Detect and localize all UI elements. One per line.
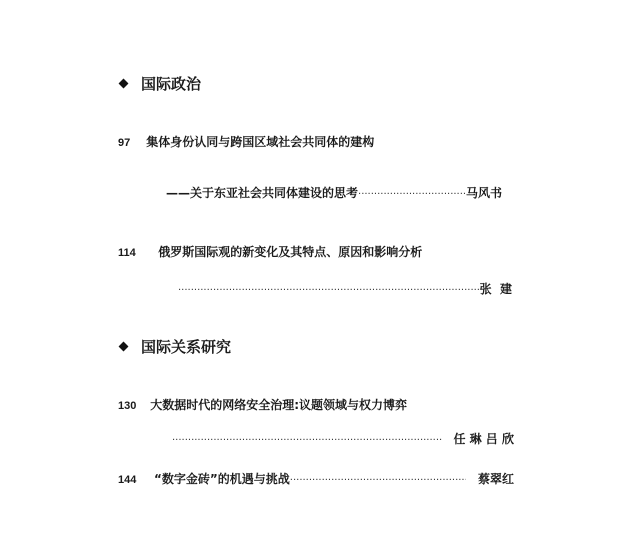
entry-author: 任 琳 吕 欣: [453, 430, 514, 447]
section-heading-international-relations: 国际关系研究: [118, 336, 231, 357]
section-heading-international-politics: 国际政治: [118, 73, 201, 94]
leader-dots: [172, 435, 443, 446]
page-number: 114: [118, 247, 154, 259]
leader-dots: [290, 475, 466, 486]
entry-author: 蔡翠红: [478, 470, 514, 487]
toc-entry-114-author-line[interactable]: 张 建: [178, 280, 512, 297]
toc-entry-114-title-line[interactable]: 114 俄罗斯国际观的新变化及其特点、原因和影响分析: [118, 243, 422, 260]
toc-entry-144-line[interactable]: 144 “数字金砖”的机遇与挑战 蔡翠红: [118, 470, 514, 487]
section-heading-text: 国际政治: [141, 73, 201, 94]
diamond-bullet-icon: [119, 79, 129, 89]
page-number: 144: [118, 474, 154, 486]
toc-entry-130-title-line[interactable]: 130 大数据时代的网络安全治理:议题领域与权力博弈: [118, 396, 407, 413]
entry-subtitle: ——关于东亚社会共同体建设的思考: [166, 184, 358, 201]
diamond-bullet-icon: [119, 342, 129, 352]
section-heading-text: 国际关系研究: [141, 336, 231, 357]
entry-title: 俄罗斯国际观的新变化及其特点、原因和影响分析: [158, 245, 422, 259]
toc-entry-97-subtitle-line[interactable]: ——关于东亚社会共同体建设的思考 马风书: [166, 184, 502, 201]
entry-author: 张 建: [480, 280, 512, 297]
leader-dots: [358, 189, 466, 200]
page-number: 97: [118, 137, 142, 149]
toc-entry-130-author-line[interactable]: 任 琳 吕 欣: [172, 430, 514, 447]
entry-title: 大数据时代的网络安全治理:议题领域与权力博弈: [150, 398, 407, 412]
entry-author: 马风书: [466, 184, 502, 201]
page-number: 130: [118, 400, 146, 412]
leader-dots: [178, 285, 480, 296]
toc-entry-97-title-line[interactable]: 97 集体身份认同与跨国区域社会共同体的建构: [118, 133, 374, 150]
entry-title: 集体身份认同与跨国区域社会共同体的建构: [146, 135, 374, 149]
entry-title: “数字金砖”的机遇与挑战: [154, 470, 290, 487]
